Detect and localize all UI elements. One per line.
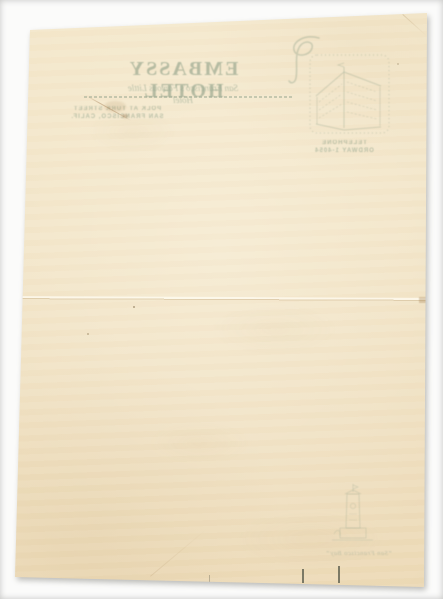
ghost-telephone-label: TELEPHONE xyxy=(306,139,382,147)
edge-tick-mark xyxy=(209,575,210,584)
hotel-building-illustration-icon xyxy=(307,50,393,138)
ghost-tagline: San Francisco's Famous Little Hotel xyxy=(126,82,240,106)
paper-speck xyxy=(87,333,89,335)
ghost-telephone: TELEPHONE ORDWAY 1-4054 xyxy=(306,139,382,155)
ghost-address-line2: SAN FRANCISCO, CALIF. xyxy=(62,113,172,121)
edge-tick-mark xyxy=(338,566,340,583)
paper-speck xyxy=(133,306,135,308)
paper-shadow: EMBASSY HOTEL San Francisco's Famous Lit… xyxy=(0,0,443,599)
ghost-tower-caption: “San Francisco Bay” xyxy=(314,550,404,557)
stain-dot xyxy=(122,114,128,118)
edge-tick-mark xyxy=(302,569,304,583)
ferry-tower-illustration-icon xyxy=(328,482,376,552)
letterhead-paper: EMBASSY HOTEL San Francisco's Famous Lit… xyxy=(0,0,443,599)
photo-stage: EMBASSY HOTEL San Francisco's Famous Lit… xyxy=(0,0,443,599)
crease-edge-notch-left xyxy=(13,295,22,302)
ghost-divider-rule xyxy=(84,96,292,98)
ghost-telephone-number: ORDWAY 1-4054 xyxy=(306,147,382,155)
crease-edge-notch-right xyxy=(419,297,426,303)
stain-spot xyxy=(104,101,126,112)
paper-speck xyxy=(397,63,399,65)
